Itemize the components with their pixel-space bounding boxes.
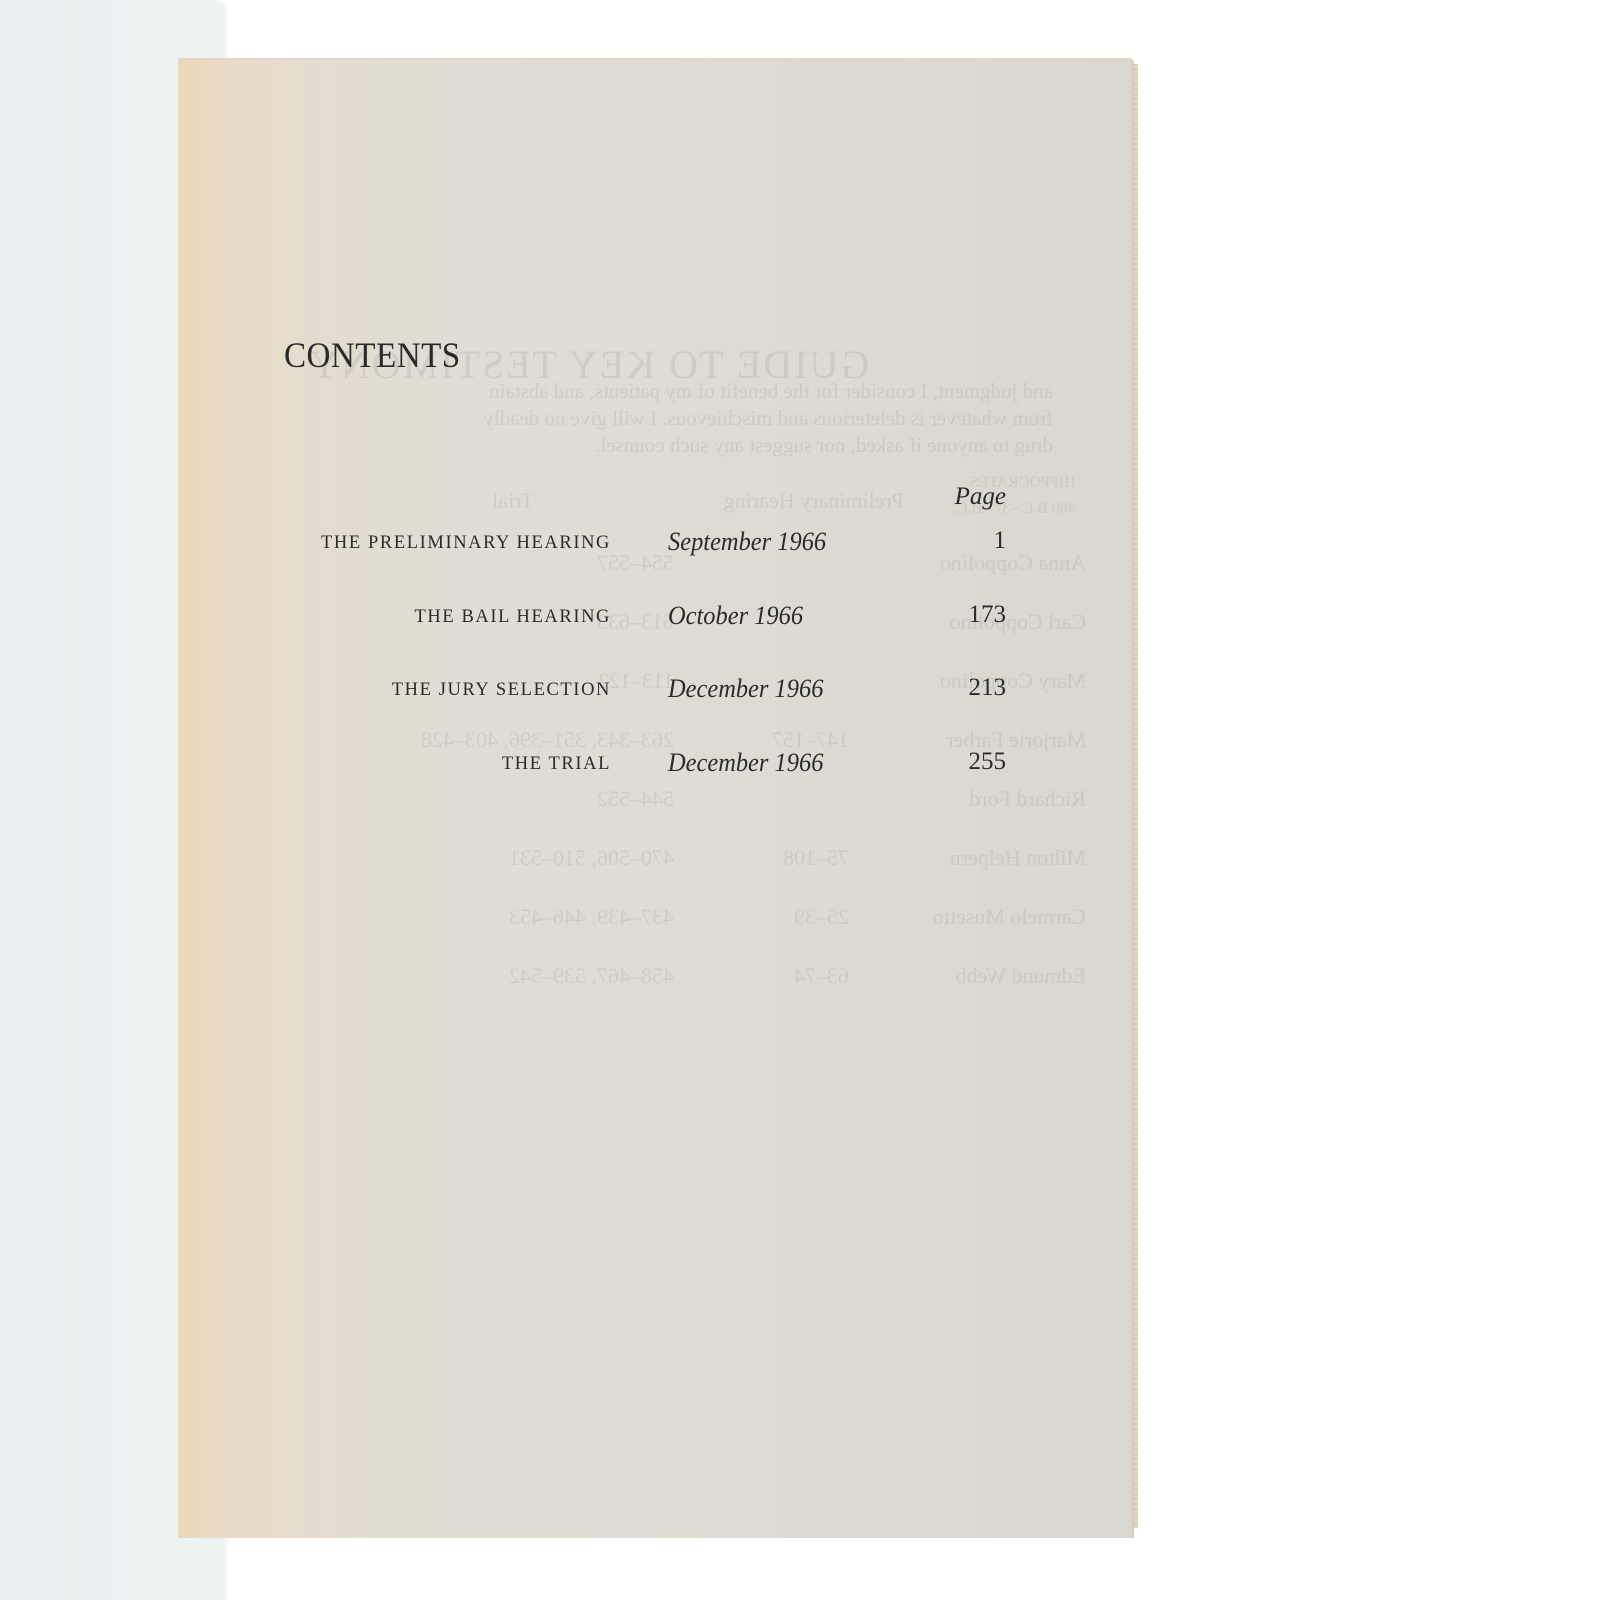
show-through-col-preliminary: Preliminary Hearing <box>724 488 904 514</box>
show-through-row-preliminary: 25–39 <box>794 904 849 930</box>
show-through-row-name: Edmund Webb <box>956 963 1086 989</box>
show-through-row-trial: 458–467, 539–542 <box>509 963 674 989</box>
toc-page-number: 1 <box>994 527 1007 555</box>
toc-section-title: THE PRELIMINARY HEARING <box>321 533 611 554</box>
toc-entry[interactable]: THE PRELIMINARY HEARING September 1966 1 <box>280 527 1006 561</box>
toc-entry[interactable]: THE BAIL HEARING October 1966 173 <box>280 601 1006 635</box>
quote-line: from whatever is deleterious and mischie… <box>333 405 1053 432</box>
toc-entry[interactable]: THE JURY SELECTION December 1966 213 <box>280 674 1006 708</box>
quote-line: drug to anyone if asked, nor suggest any… <box>333 432 1053 459</box>
toc-section-title: THE BAIL HEARING <box>414 607 611 628</box>
show-through-row-trial: 470–506, 510–531 <box>509 845 674 871</box>
quote-line: and judgment, I consider for the benefit… <box>333 378 1053 405</box>
page-column-header: Page <box>930 483 1006 511</box>
show-through-row-trial: 437–439, 446–453 <box>509 904 674 930</box>
toc-page-number: 213 <box>969 674 1007 702</box>
show-through-quote: and judgment, I consider for the benefit… <box>333 378 1053 459</box>
toc-page-number: 173 <box>969 601 1007 629</box>
show-through-row-name: Carmelo Musetto <box>933 904 1086 930</box>
book-page: GUIDE TO KEY TESTIMONY and judgment, I c… <box>178 58 1134 1538</box>
show-through-row-preliminary: 63–74 <box>794 963 849 989</box>
toc-date: December 1966 <box>668 674 823 704</box>
show-through-layer: GUIDE TO KEY TESTIMONY and judgment, I c… <box>178 58 1134 1538</box>
toc-page-number: 255 <box>969 748 1007 776</box>
toc-section-title: THE TRIAL <box>502 754 611 775</box>
page-edge-stack <box>1134 64 1138 1528</box>
toc-date: September 1966 <box>668 527 826 557</box>
toc-date: December 1966 <box>668 748 823 778</box>
show-through-row-name: Richard Ford <box>969 786 1086 812</box>
show-through-row-name: Milton Helpern <box>950 845 1086 871</box>
photo-stage: GUIDE TO KEY TESTIMONY and judgment, I c… <box>0 0 1600 1600</box>
toc-section-title: THE JURY SELECTION <box>392 680 611 701</box>
show-through-col-trial: Trial <box>492 488 534 514</box>
show-through-row-preliminary: 75–108 <box>783 845 849 871</box>
toc-entry[interactable]: THE TRIAL December 1966 255 <box>280 748 1006 782</box>
show-through-row-trial: 544–552 <box>597 786 674 812</box>
toc-date: October 1966 <box>668 601 803 631</box>
page-title: CONTENTS <box>284 334 461 376</box>
